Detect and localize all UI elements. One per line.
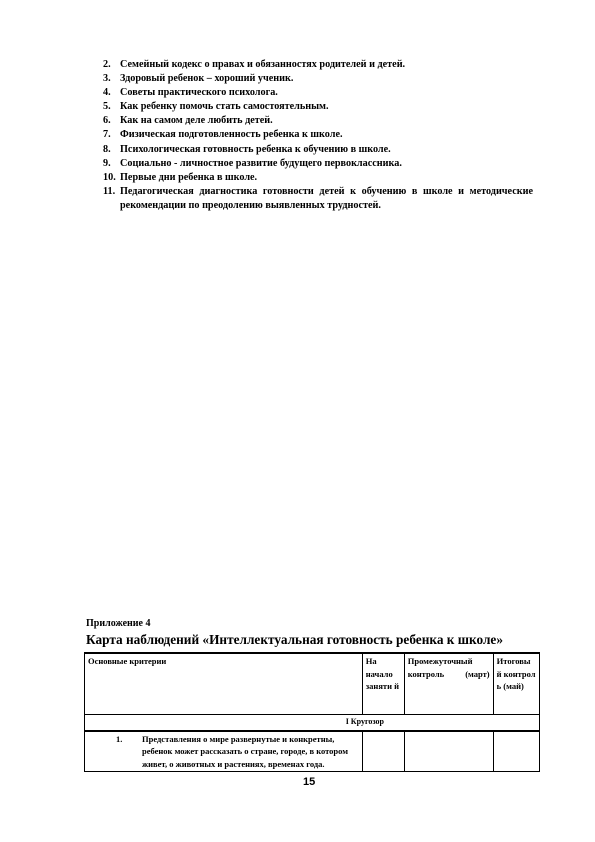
criterion-text: Представления о мире развернутые и конкр… [142, 733, 359, 771]
criterion-cell: 1. Представления о мире развернутые и ко… [85, 731, 363, 772]
value-start-cell[interactable] [362, 731, 404, 772]
list-item: 6.Как на самом деле любить детей. [103, 114, 533, 128]
section-title: I Кругозор [85, 715, 540, 731]
list-item: 11.Педагогическая диагностика готовности… [103, 185, 533, 213]
section-row: I Кругозор [85, 715, 540, 731]
list-item: 10.Первые дни ребенка в школе. [103, 171, 533, 185]
header-criteria: Основные критерии [85, 653, 363, 715]
header-final: Итоговы й контрол ь (май) [493, 653, 539, 715]
list-item: 5.Как ребенку помочь стать самостоятельн… [103, 100, 533, 114]
list-item: 4.Советы практического психолога. [103, 86, 533, 100]
list-item: 2.Семейный кодекс о правах и обязанностя… [103, 58, 533, 72]
list-item: 8.Психологическая готовность ребенка к о… [103, 143, 533, 157]
value-midterm-cell[interactable] [404, 731, 493, 772]
header-start: На начало заняти й [362, 653, 404, 715]
list-item: 3.Здоровый ребенок – хороший ученик. [103, 72, 533, 86]
table-row: 1. Представления о мире развернутые и ко… [85, 731, 540, 772]
header-midterm: Промежуточный контроль (март) [404, 653, 493, 715]
observation-table: Основные критерии На начало заняти й Про… [84, 652, 540, 772]
page-number: 15 [303, 776, 315, 788]
list-item: 7.Физическая подготовленность ребенка к … [103, 128, 533, 142]
list-item: 9.Социально - личностное развитие будуще… [103, 157, 533, 171]
table-title: Карта наблюдений «Интеллектуальная готов… [86, 632, 503, 648]
value-final-cell[interactable] [493, 731, 539, 772]
parent-meeting-topics-list: 2.Семейный кодекс о правах и обязанностя… [103, 58, 533, 213]
appendix-label: Приложение 4 [86, 618, 150, 629]
table-header-row: Основные критерии На начало заняти й Про… [85, 653, 540, 715]
